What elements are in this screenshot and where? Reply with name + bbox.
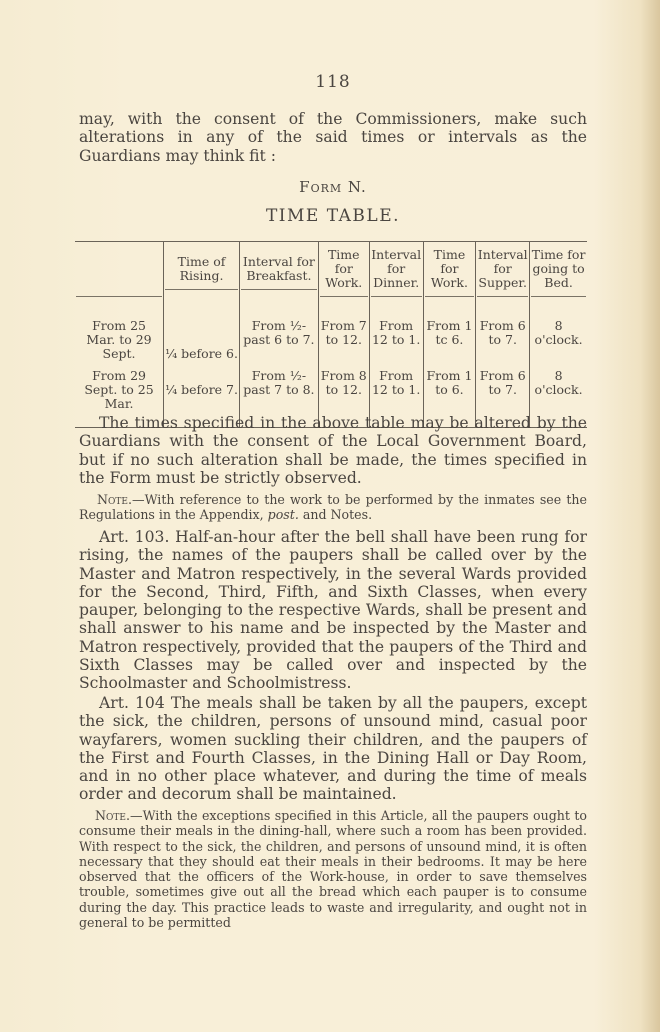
header-dinner: Interval for Dinner. bbox=[369, 242, 423, 305]
cell-supper: From 6 to 7. bbox=[476, 305, 530, 361]
page-number: 118 bbox=[79, 72, 587, 92]
header-breakfast: Interval for Breakfast. bbox=[239, 242, 318, 305]
header-work-1: Time for Work. bbox=[318, 242, 369, 305]
header-rising: Time of Rising. bbox=[164, 242, 240, 305]
header-period bbox=[75, 242, 164, 305]
after-table-paragraph: The times specified in the above table m… bbox=[79, 414, 587, 487]
note-label: Note. bbox=[95, 808, 130, 823]
table-row: From 25 Mar. to 29 Sept. ¼ before 6. Fro… bbox=[75, 305, 587, 361]
note-label: Note. bbox=[97, 492, 132, 507]
note-work-reference: Note.—With reference to the work to be p… bbox=[79, 492, 587, 522]
header-supper: Interval for Supper. bbox=[476, 242, 530, 305]
table-header-row: Time of Rising. Interval for Breakfast. … bbox=[75, 242, 587, 305]
article-104: Art. 104 The meals shall be taken by all… bbox=[79, 694, 587, 804]
cell-breakfast: From ½-past 6 to 7. bbox=[239, 305, 318, 361]
cell-work-1: From 7 to 12. bbox=[318, 305, 369, 361]
form-title: Form N. bbox=[79, 178, 587, 196]
cell-period: From 25 Mar. to 29 Sept. bbox=[75, 305, 164, 361]
intro-paragraph: may, with the consent of the Commissione… bbox=[79, 110, 587, 165]
article-103: Art. 103. Half-an-hour after the bell sh… bbox=[79, 528, 587, 693]
cell-bed: 8 o'clock. bbox=[530, 305, 587, 361]
table-title: TIME TABLE. bbox=[79, 206, 587, 226]
time-table: Time of Rising. Interval for Breakfast. … bbox=[75, 241, 587, 428]
italic-post: post. bbox=[268, 507, 299, 522]
cell-work-2: From 1 tc 6. bbox=[423, 305, 476, 361]
header-work-2: Time for Work. bbox=[423, 242, 476, 305]
cell-rising: ¼ before 6. bbox=[164, 305, 240, 361]
note-meals: Note.—With the exceptions specified in t… bbox=[79, 808, 587, 930]
header-bed: Time for going to Bed. bbox=[530, 242, 587, 305]
cell-dinner: From 12 to 1. bbox=[369, 305, 423, 361]
